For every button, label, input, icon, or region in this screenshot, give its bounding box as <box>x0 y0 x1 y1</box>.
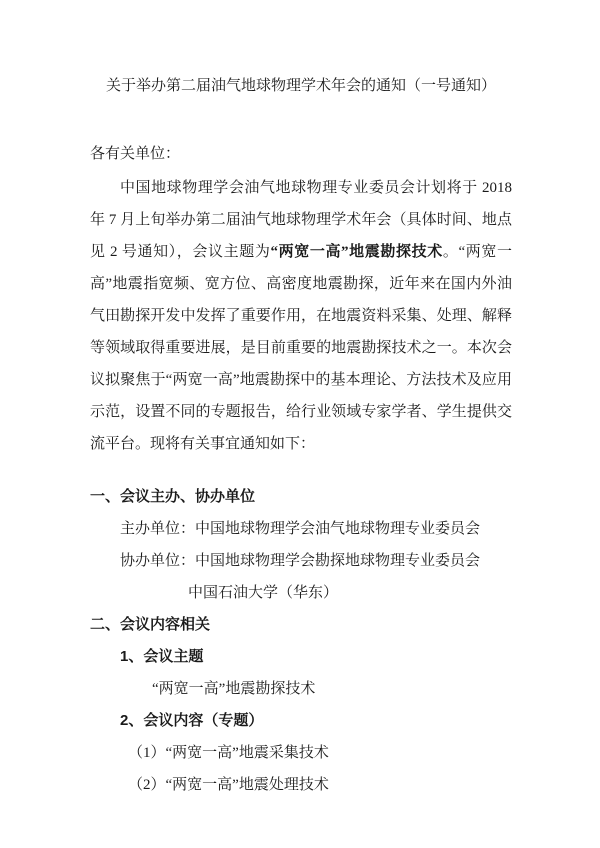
item-1-label: 1、会议主题 <box>120 641 512 673</box>
salutation: 各有关单位： <box>90 138 512 170</box>
item-2-label: 2、会议内容（专题） <box>120 705 512 737</box>
intro-bold-theme: “两宽一高”地震勘探技术 <box>270 244 442 260</box>
intro-paragraph: 中国地球物理学会油气地球物理专业委员会计划将于 2018 年 7 月上旬举办第二… <box>90 172 512 460</box>
document-page: 关于举办第二届油气地球物理学术年会的通知（一号通知） 各有关单位： 中国地球物理… <box>0 0 600 848</box>
section-1-heading: 一、会议主办、协办单位 <box>90 481 512 513</box>
section-2-heading: 二、会议内容相关 <box>90 609 512 641</box>
co-organizer-line: 协办单位：中国地球物理学会勘探地球物理专业委员会 <box>120 545 512 577</box>
topic-2-line: （2）“两宽一高”地震处理技术 <box>128 769 512 801</box>
conference-theme-line: “两宽一高”地震勘探技术 <box>152 673 512 705</box>
topic-1-line: （1）“两宽一高”地震采集技术 <box>128 737 512 769</box>
co-organizer-line-2: 中国石油大学（华东） <box>188 577 512 609</box>
host-organizer-line: 主办单位：中国地球物理学会油气地球物理专业委员会 <box>120 513 512 545</box>
doc-title: 关于举办第二届油气地球物理学术年会的通知（一号通知） <box>90 70 512 102</box>
intro-text-after-bold: 。“两宽一高”地震指宽频、宽方位、高密度地震勘探，近年来在国内外油气田勘探开发中… <box>90 244 512 452</box>
